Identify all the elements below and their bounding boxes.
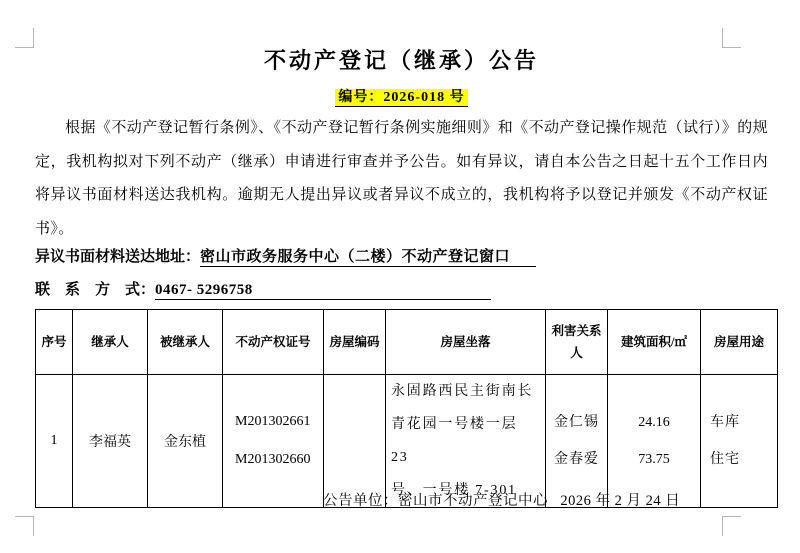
header-stakeholders: 利害关系人: [546, 310, 608, 375]
table-header-row: 序号 继承人 被继承人 不动产权证号 房屋编码 房屋坐落 利害关系人 建筑面积/…: [36, 310, 778, 375]
doc-number: 编号：2026-018 号: [335, 89, 467, 107]
cell-heir: 李福英: [73, 375, 148, 508]
header-seq: 序号: [36, 310, 73, 375]
header-location: 房屋坐落: [386, 310, 546, 375]
address-label: 异议书面材料送达地址：: [35, 249, 200, 265]
cell-location: 永固路西民主街南长 青花园一号楼一层 23 号、一号楼 7-301: [386, 375, 546, 508]
header-heir: 继承人: [73, 310, 148, 375]
notice-table-wrapper: 序号 继承人 被继承人 不动产权证号 房屋编码 房屋坐落 利害关系人 建筑面积/…: [35, 309, 778, 508]
table-row: 1 李福英 金东植 M201302661 M201302660 永固路西民主街南…: [36, 375, 778, 508]
footer-issuer-date: 公告单位：密山市不动产登记中心 2026 年 2 月 24 日: [323, 489, 680, 510]
address-field: 异议书面材料送达地址：密山市政务服务中心（二楼）不动产登记窗口: [35, 245, 536, 267]
crop-mark-bottom-left: [15, 516, 34, 536]
page-title: 不动产登记（继承）公告: [35, 44, 768, 75]
crop-mark-bottom-right: [722, 516, 741, 536]
cell-usage: 车库 住宅: [701, 375, 778, 508]
address-value: 密山市政务服务中心（二楼）不动产登记窗口: [200, 245, 536, 267]
doc-number-line: 编号：2026-018 号: [35, 86, 768, 106]
cell-cert-no: M201302661 M201302660: [223, 375, 324, 508]
header-house-code: 房屋编码: [324, 310, 386, 375]
header-decedent: 被继承人: [148, 310, 223, 375]
document-page: 不动产登记（继承）公告 编号：2026-018 号 根据《不动产登记暂行条例》、…: [0, 0, 800, 553]
contact-value: 0467- 5296758: [155, 282, 491, 300]
cell-area: 24.16 73.75: [608, 375, 701, 508]
header-area: 建筑面积/㎡: [608, 310, 701, 375]
header-cert-no: 不动产权证号: [223, 310, 324, 375]
cell-seq: 1: [36, 375, 73, 508]
notice-table: 序号 继承人 被继承人 不动产权证号 房屋编码 房屋坐落 利害关系人 建筑面积/…: [35, 309, 778, 508]
header-usage: 房屋用途: [701, 310, 778, 375]
contact-field: 联 系 方 式：0467- 5296758: [35, 278, 491, 300]
crop-mark-top-left: [15, 28, 34, 48]
notice-body-paragraph: 根据《不动产登记暂行条例》、《不动产登记暂行条例实施细则》和《不动产登记操作规范…: [35, 112, 768, 246]
cell-decedent: 金东植: [148, 375, 223, 508]
cell-stakeholders: 金仁锡 金春爱: [546, 375, 608, 508]
contact-label: 联 系 方 式：: [35, 282, 155, 298]
cell-house-code: [324, 375, 386, 508]
